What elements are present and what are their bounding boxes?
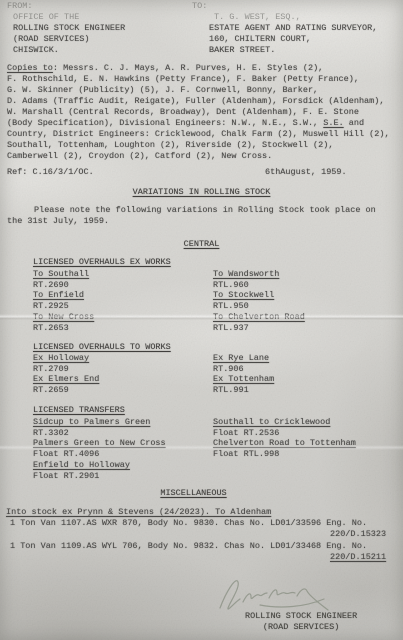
transfer-route: To New Cross — [33, 312, 94, 323]
transfer-route: Palmers Green to New Cross — [33, 438, 166, 449]
ex-works-right-column: To Wandsworth RTL.960 To Stockwell RTL.9… — [213, 269, 305, 333]
intro-paragraph: Please note the following variations in … — [7, 205, 399, 227]
copies-line: F. Rothschild, E. N. Hawkins (Petty Fran… — [7, 74, 399, 85]
vehicle-number: Float RT.2536 — [213, 428, 356, 439]
to-works-left-column: Ex Holloway RT.2709 Ex Elmers End RT.265… — [33, 353, 99, 396]
engine-number: 220/D.15211 — [330, 552, 386, 563]
sender-address: OFFICE OF THE ROLLING STOCK ENGINEER (RO… — [13, 12, 125, 56]
ex-works-left-column: To Southall RT.2690 To Enfield RT.2925 T… — [33, 269, 94, 333]
misc-entry: 1 Ton Van 1109.AS WYL 706, Body No. 9832… — [10, 541, 367, 552]
transfer-route: Chelverton Road to Tottenham — [213, 438, 356, 449]
scanned-memo-page: FROM: OFFICE OF THE ROLLING STOCK ENGINE… — [0, 0, 403, 640]
copies-label: Copies to — [7, 63, 53, 73]
transfer-route: To Chelverton Road — [213, 312, 305, 323]
document-title-text: VARIATIONS IN ROLLING STOCK — [133, 187, 271, 197]
intro-line: the 31st July, 1959. — [7, 216, 399, 227]
copies-underlined-se: S.E. — [323, 118, 343, 128]
recipient-line: BAKER STREET. — [209, 45, 377, 56]
copies-line: D. Adams (Traffic Audit, Reigate), Fulle… — [7, 96, 399, 107]
document-date: 6thAugust, 1959. — [265, 167, 347, 178]
transfer-route: To Stockwell — [213, 290, 305, 301]
misc-heading-text: MISCELLANEOUS — [160, 488, 226, 498]
copies-line: Copies to: Messrs. C. J. Mays, A. R. Pur… — [7, 63, 399, 74]
vehicle-number: RTL.960 — [213, 280, 305, 291]
sender-line: ROLLING STOCK ENGINEER — [13, 23, 125, 34]
vehicle-number: RT.2709 — [33, 364, 99, 375]
signoff-title: ROLLING STOCK ENGINEER — [245, 611, 357, 622]
vehicle-number: Float RT.4096 — [33, 449, 166, 460]
vehicle-number: RTL.937 — [213, 323, 305, 334]
to-works-right-column: Ex Rye Lane RT.906 Ex Tottenham RTL.991 — [213, 353, 274, 396]
copies-line: Southall, Tottenham, Loughton (2), River… — [7, 140, 399, 151]
vehicle-number: RT.906 — [213, 364, 274, 375]
from-label: FROM: — [7, 1, 33, 12]
copies-line: W. Marshall (Central Records, Broadway),… — [7, 107, 399, 118]
vehicle-number: RT.2690 — [33, 280, 94, 291]
region-heading-text: CENTRAL — [184, 239, 220, 249]
copies-text: (Body Specification), Divisional Enginee… — [7, 118, 323, 128]
vehicle-number: RT.2659 — [33, 385, 99, 396]
transfer-route: Ex Rye Lane — [213, 353, 274, 364]
to-label: TO: — [192, 1, 207, 12]
sender-line: (ROAD SERVICES) — [13, 34, 125, 45]
transfers-left-column: Sidcup to Palmers Green RT.3302 Palmers … — [33, 417, 166, 481]
copies-line: Country, District Engineers: Cricklewood… — [7, 129, 399, 140]
transfer-route: Ex Tottenham — [213, 374, 274, 385]
vehicle-number: RTL.950 — [213, 301, 305, 312]
vehicle-number: RT.2653 — [33, 323, 94, 334]
intro-line: Please note the following variations in … — [7, 205, 399, 216]
signoff-block: ROLLING STOCK ENGINEER (ROAD SERVICES) — [245, 611, 357, 633]
vehicle-number: Float RTL.998 — [213, 449, 356, 460]
transfer-route: Ex Elmers End — [33, 374, 99, 385]
sender-line: CHISWICK. — [13, 45, 125, 56]
copies-line: Camberwell (2), Croydon (2), Catford (2)… — [7, 151, 399, 162]
engine-number: 220/D.15323 — [330, 529, 386, 540]
vehicle-number: RT.2925 — [33, 301, 94, 312]
misc-entry: 1 Ton Van 1107.AS WXR 870, Body No. 9830… — [10, 518, 367, 529]
recipient-line: ESTATE AGENT AND RATING SURVEYOR, — [209, 23, 377, 34]
copies-list: Copies to: Messrs. C. J. Mays, A. R. Pur… — [7, 63, 399, 162]
transfer-route: Southall to Cricklewood — [213, 417, 356, 428]
section-heading-ex-works: LICENSED OVERHAULS EX WORKS — [33, 257, 171, 268]
section-heading-to-works: LICENSED OVERHAULS TO WORKS — [33, 342, 171, 353]
region-heading: CENTRAL — [0, 239, 403, 250]
transfer-route: Sidcup to Palmers Green — [33, 417, 166, 428]
transfer-route: To Enfield — [33, 290, 94, 301]
sender-line: OFFICE OF THE — [13, 12, 125, 23]
copies-line: (Body Specification), Divisional Enginee… — [7, 118, 399, 129]
vehicle-number: Float RT.2901 — [33, 471, 166, 482]
misc-subheading: Into stock ex Prynn & Stevens (24/2023).… — [6, 507, 271, 518]
recipient-name: T. G. WEST, ESQ., — [209, 12, 377, 23]
transfer-route: To Wandsworth — [213, 269, 305, 280]
copies-text: and — [344, 118, 364, 128]
reference-number: Ref: C.16/3/1/OC. — [7, 167, 94, 178]
transfers-right-column: Southall to Cricklewood Float RT.2536 Ch… — [213, 417, 356, 460]
recipient-address: T. G. WEST, ESQ., ESTATE AGENT AND RATIN… — [209, 12, 377, 56]
misc-heading: MISCELLANEOUS — [0, 488, 395, 499]
transfer-route: Enfield to Holloway — [33, 460, 166, 471]
copies-text: : Messrs. C. J. Mays, A. R. Purves, H. E… — [53, 63, 323, 73]
vehicle-number: RT.3302 — [33, 428, 166, 439]
section-heading-transfers: LICENSED TRANSFERS — [33, 405, 125, 416]
vehicle-number: RTL.991 — [213, 385, 274, 396]
transfer-route: To Southall — [33, 269, 94, 280]
signature-scrawl-icon — [210, 572, 340, 614]
recipient-line: 160, CHILTERN COURT, — [209, 34, 377, 45]
transfer-route: Ex Holloway — [33, 353, 99, 364]
copies-line: G. W. Skinner (Publicity) (5), J. F. Cor… — [7, 85, 399, 96]
signoff-subtitle: (ROAD SERVICES) — [245, 622, 357, 633]
document-title: VARIATIONS IN ROLLING STOCK — [0, 187, 403, 198]
